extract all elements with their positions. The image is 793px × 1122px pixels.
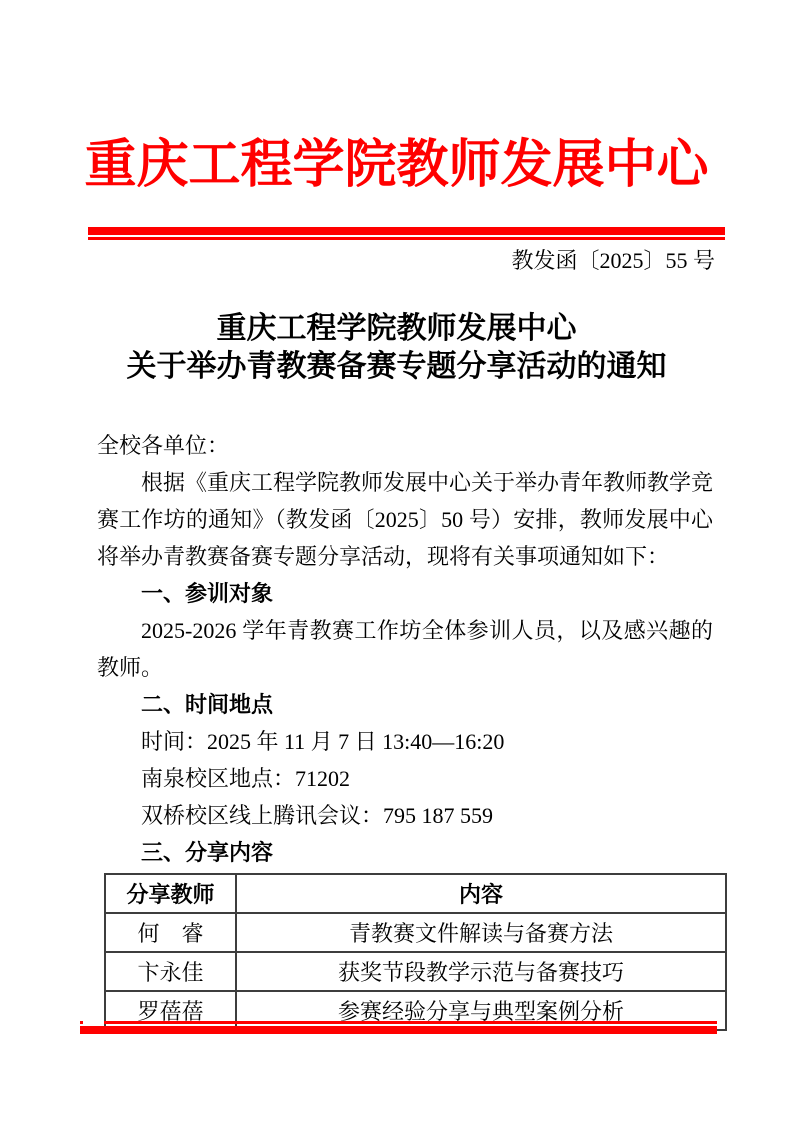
footer-divider-thin-line [80, 1021, 717, 1024]
table-row: 卞永佳 获奖节段教学示范与备赛技巧 [105, 952, 726, 991]
sharing-schedule-table: 分享教师 内容 何 睿 青教赛文件解读与备赛方法 卞永佳 获奖节段教学示范与备赛… [104, 873, 727, 1031]
teacher-name: 卞永佳 [105, 952, 236, 991]
section1-heading: 一、参训对象 [97, 575, 713, 612]
footer-divider-notch [83, 1021, 104, 1024]
footer-divider [80, 1021, 717, 1034]
table-header-teacher: 分享教师 [105, 874, 236, 913]
document-page: 重庆工程学院教师发展中心 教发函〔2025〕55 号 重庆工程学院教师发展中心 … [0, 0, 793, 1122]
table-header-row: 分享教师 内容 [105, 874, 726, 913]
section2-online-meeting-line: 双桥校区线上腾讯会议：795 187 559 [97, 797, 713, 834]
section3-heading: 三、分享内容 [97, 834, 713, 871]
table-header-content: 内容 [236, 874, 726, 913]
section1-body: 2025-2026 学年青教赛工作坊全体参训人员，以及感兴趣的教师。 [97, 612, 713, 686]
section2-heading: 二、时间地点 [97, 686, 713, 723]
table-row: 何 睿 青教赛文件解读与备赛方法 [105, 913, 726, 952]
masthead-divider-thin-line [88, 237, 725, 240]
document-body: 全校各单位： 根据《重庆工程学院教师发展中心关于举办青年教师教学竞赛工作坊的通知… [97, 427, 713, 871]
salutation: 全校各单位： [97, 427, 713, 464]
masthead-divider [88, 227, 725, 240]
teacher-name: 何 睿 [105, 913, 236, 952]
section2-campus-room-line: 南泉校区地点：71202 [97, 760, 713, 797]
intro-paragraph: 根据《重庆工程学院教师发展中心关于举办青年教师教学竞赛工作坊的通知》（教发函〔2… [97, 464, 713, 575]
document-number: 教发函〔2025〕55 号 [511, 246, 715, 276]
footer-divider-thick-line [80, 1026, 717, 1034]
document-title-line1: 重庆工程学院教师发展中心 [0, 310, 793, 348]
document-title: 重庆工程学院教师发展中心 关于举办青教赛备赛专题分享活动的通知 [0, 310, 793, 386]
masthead-title: 重庆工程学院教师发展中心 [0, 126, 793, 207]
masthead-divider-thick-line [88, 227, 725, 235]
section2-time-line: 时间：2025 年 11 月 7 日 13:40—16:20 [97, 723, 713, 760]
share-content: 青教赛文件解读与备赛方法 [236, 913, 726, 952]
document-title-line2: 关于举办青教赛备赛专题分享活动的通知 [0, 348, 793, 386]
share-content: 获奖节段教学示范与备赛技巧 [236, 952, 726, 991]
